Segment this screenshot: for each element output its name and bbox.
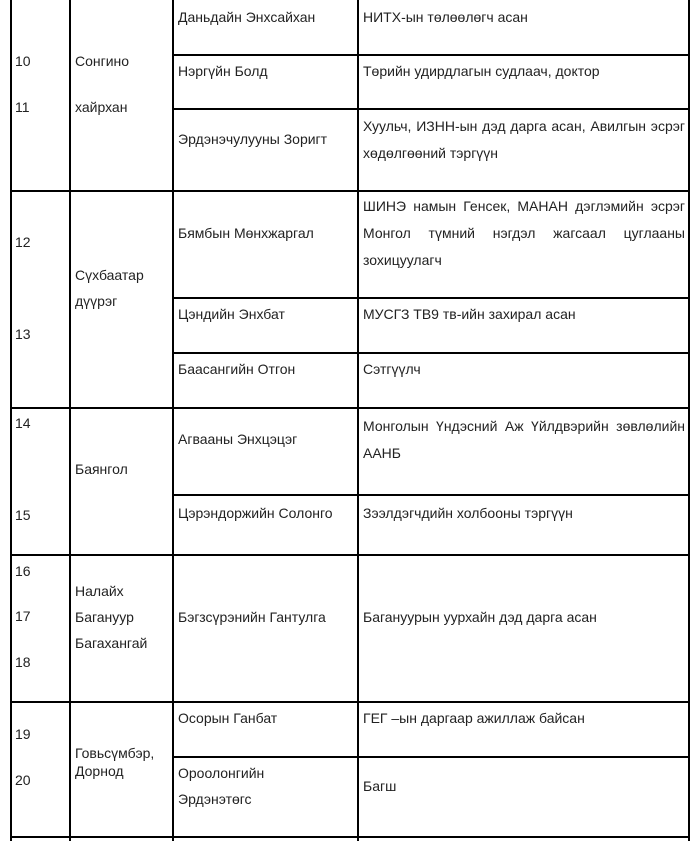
table-border-right [688,0,690,841]
candidate-name: Осорын Ганбат [178,705,356,732]
column-divider [69,0,71,841]
candidate-role: ШИНЭ намын Генсек, МАНАН дэглэмийн эсрэг… [363,193,685,274]
column-divider [172,0,174,841]
row-separator [10,407,690,409]
column-divider [357,0,359,841]
candidate-role: Төрийн удирдлагын судлаач, доктор [363,58,685,85]
candidate-role: Зээлдэгчдийн холбооны тэргүүн [363,500,685,527]
candidate-number: 17 [15,603,65,630]
candidate-number: 10 [15,48,65,75]
candidate-name: Даньдайн Энхсайхан [178,4,356,31]
row-separator [172,54,690,56]
candidate-name: Эрдэнэчулууны Зоригт [178,126,356,153]
table-border-left [10,0,12,841]
row-separator [172,352,690,354]
row-separator [10,190,690,192]
district-name: Дорнод [75,758,170,785]
candidate-number: 15 [15,502,65,529]
candidate-number: 16 [15,558,65,585]
candidate-name: Бэгзсүрэнийн Гантулга [178,604,356,631]
candidate-name: Нэргүйн Болд [178,58,356,85]
district-name: хайрхан [75,94,170,121]
candidate-number: 13 [15,321,65,348]
candidate-role: МУСГЗ ТВ9 тв-ийн захирал асан [363,301,685,328]
row-separator [10,836,690,838]
district-name: Баянгол [75,456,170,483]
candidate-name: Эрдэнэтөгс [178,786,356,813]
row-separator [172,297,690,299]
district-name: Сүхбаатар [75,262,170,289]
candidate-role: Хуульч, ИЗНН-ын дэд дарга асан, Авилгын … [363,113,685,167]
candidate-name: Агвааны Энхцэцэг [178,426,356,453]
candidate-number: 20 [15,767,65,794]
candidate-role: Багануурын уурхайн дэд дарга асан [363,604,685,631]
row-separator [172,494,690,496]
district-name: Багахангай [75,630,170,657]
row-separator [10,554,690,556]
candidate-role: Монголын Үндэсний Аж Үйлдвэрийн зөвлөлий… [363,413,685,467]
district-name: Багануур [75,604,170,631]
row-separator [10,701,690,703]
candidate-number: 14 [15,410,65,437]
candidate-name: Баасангийн Отгон [178,356,356,383]
candidate-role: Сэтгүүлч [363,356,685,383]
district-name: дүүрэг [75,288,170,315]
candidate-role: НИТХ-ын төлөөлөгч асан [363,4,685,31]
candidate-role: ГЕГ –ын даргаар ажиллаж байсан [363,705,685,732]
row-separator [172,756,690,758]
candidate-name: Цэрэндоржийн Солонго [178,500,356,527]
candidate-number: 12 [15,229,65,256]
candidate-name: Бямбын Мөнхжаргал [178,220,356,247]
candidate-number: 19 [15,721,65,748]
row-separator [172,108,690,110]
candidate-number: 18 [15,649,65,676]
candidate-name: Цэндийн Энхбат [178,301,356,328]
candidate-name: Ороолонгийн [178,760,356,787]
district-name: Сонгино [75,48,170,75]
candidate-number: 11 [15,94,65,121]
candidate-role: Багш [363,773,685,800]
district-name: Налайх [75,578,170,605]
